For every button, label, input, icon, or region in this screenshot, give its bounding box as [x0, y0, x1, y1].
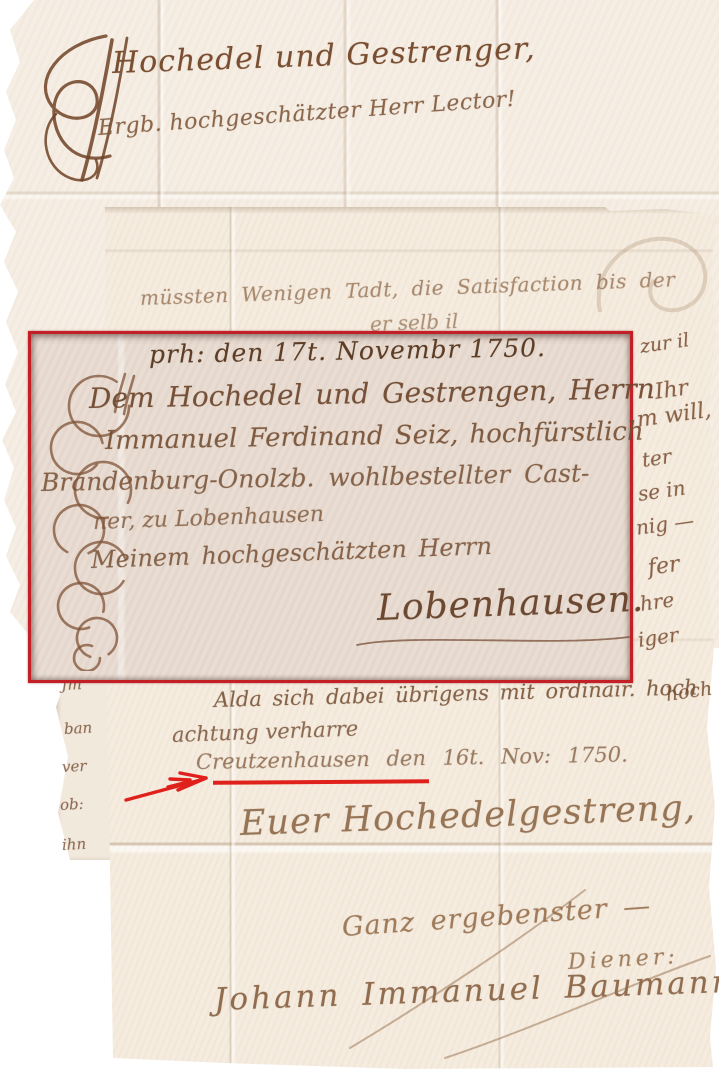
left-fragment: ban	[64, 719, 93, 738]
box-address-line: Meinem hochgeschätzten Herrn	[91, 532, 493, 574]
margin-fragment: ter	[640, 444, 672, 472]
box-address-line: Immanuel Ferdinand Seiz, hochfürstlich	[105, 417, 644, 456]
box-place-name: Lobenhausen.	[376, 579, 645, 629]
left-fragment: ver	[62, 757, 87, 776]
letter-scan: Hochedel und Gestrenger, Ergb. hochgesch…	[0, 0, 719, 1080]
place-underline-swash-icon	[353, 630, 633, 650]
box-address-line: Dem Hochedel und Gestrengen, Herrn	[89, 372, 655, 415]
left-fragment: ob:	[60, 795, 85, 814]
highlight-box: prh: den 17t. Novembr 1750. Dem Hochedel…	[28, 331, 633, 683]
signature-flourish-icon	[340, 880, 719, 1065]
box-date-line: prh: den 17t. Novembr 1750.	[149, 333, 546, 369]
margin-fragment: fer	[646, 552, 681, 581]
red-arrow-icon	[122, 770, 214, 804]
left-fragment: ihn	[62, 835, 87, 854]
